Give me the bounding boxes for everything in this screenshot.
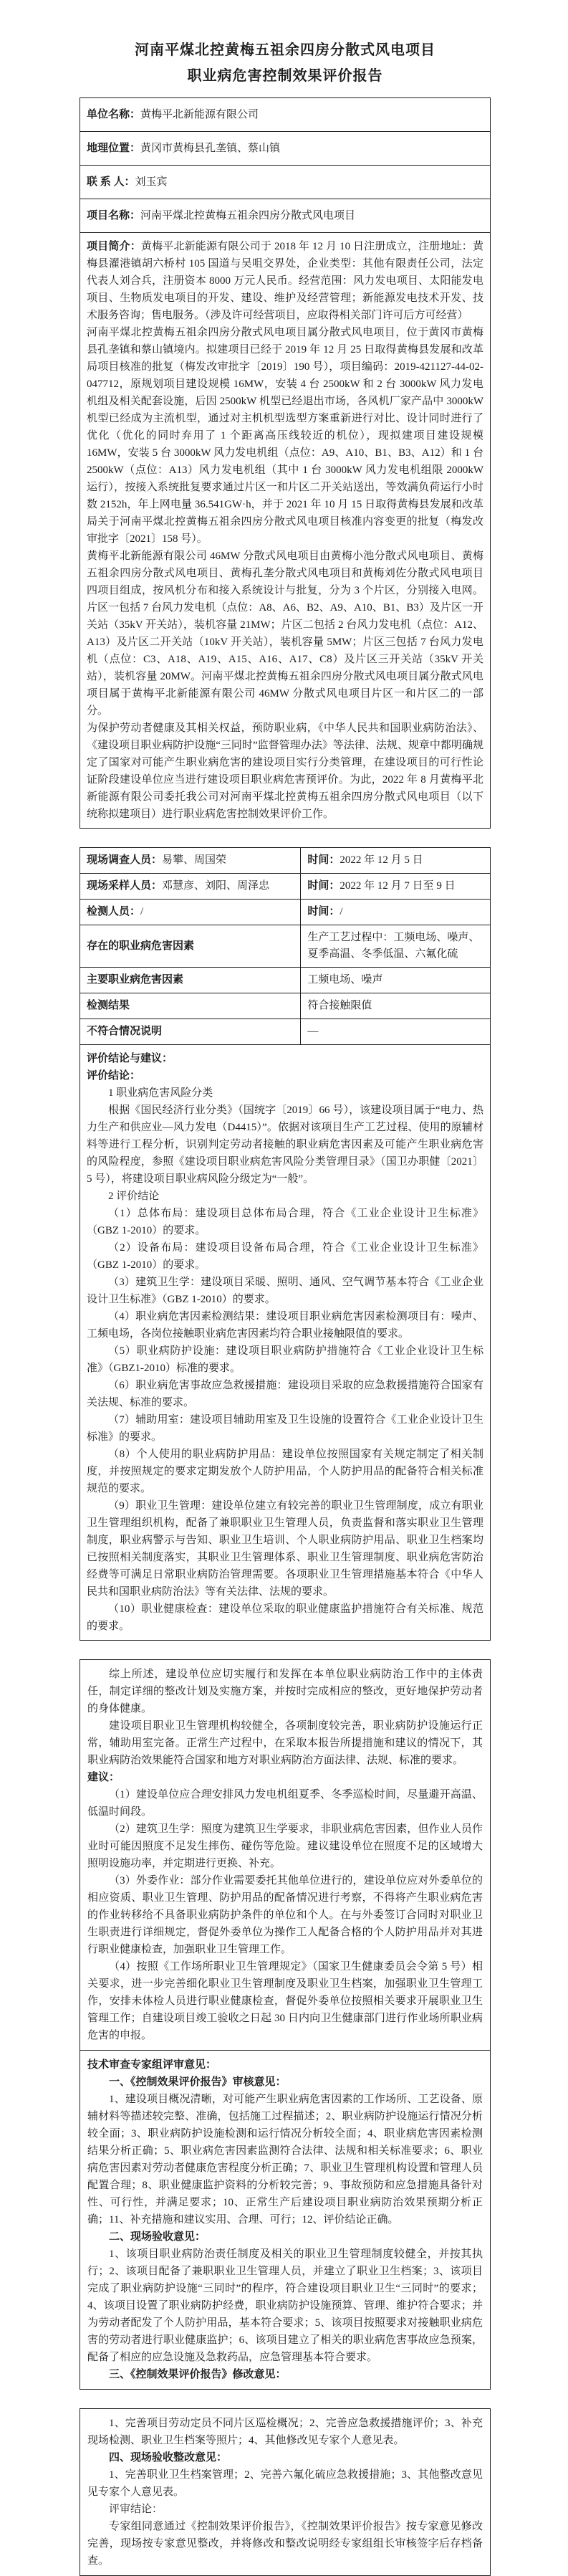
- table-row: 主要职业病危害因素 工频电场、噪声: [80, 968, 491, 993]
- survey-cell: 检测结果: [80, 993, 301, 1019]
- survey-cell: 时间：2022 年 12 月 5 日: [301, 848, 491, 874]
- table-row: 单位名称：黄梅平北新能源有限公司: [80, 98, 491, 132]
- field-label: 时间：: [307, 880, 340, 892]
- field-label: 地理位置：: [87, 143, 140, 154]
- suggestion-item: （4）按照《工作场所职业卫生管理规定》（国家卫生健康委员会令第 5 号）相关要求…: [87, 1958, 483, 2044]
- conclusion-cell: 评价结论与建议： 评价结论： 1 职业病危害风险分类 根据《国民经济行业分类》（…: [80, 1045, 491, 1641]
- conclusion-paragraph: （2）设备布局：建设项目设备布局合理，符合《工业企业设计卫生标准》（GBZ 1-…: [87, 1239, 483, 1274]
- survey-cell: 符合接触限值: [301, 993, 491, 1019]
- expert-review-box: 技术审查专家组评审意见： 一、《控制效果评价报告》审核意见： 1、建设项目概况清…: [80, 2051, 491, 2390]
- intro-paragraph: 河南平煤北控黄梅五祖余四房分散式风电项目属分散式风电项目，位于黄冈市黄梅县孔垄镇…: [87, 324, 483, 548]
- review-section1-text: 1、建设项目概况清晰，对可能产生职业病危害因素的工作场所、工艺设备、原辅材料等描…: [87, 2091, 483, 2228]
- suggestion-item: （2）建筑卫生学：照度为建筑卫生学要求，非职业病危害因素，但作业人员作业时可能因…: [87, 1821, 483, 1872]
- suggestion-item: （3）外委作业：部分作业需要委托其他单位进行的，建设单位应对外委单位的相应资质、…: [87, 1872, 483, 1958]
- survey-cell: 现场采样人员：邓慧彦、刘阳、周泽忠: [80, 874, 301, 900]
- conclusion-paragraph: （8）个人使用的职业病防护用品：建设单位按照国家有关规定制定了相关制度，并按照规…: [87, 1446, 483, 1497]
- table-row: 存在的职业病危害因素 生产工艺过程中：工频电场、噪声、夏季高温、冬季低温、六氟化…: [80, 925, 491, 968]
- survey-cell: 检测人员：/: [80, 900, 301, 925]
- conclusion-paragraph: 1 职业病危害风险分类: [87, 1084, 483, 1102]
- table-row: 现场采样人员：邓慧彦、刘阳、周泽忠 时间：2022 年 12 月 7 日至 9 …: [80, 874, 491, 900]
- survey-table: 现场调查人员：易攀、周国荣 时间：2022 年 12 月 5 日 现场采样人员：…: [80, 847, 491, 1641]
- field-value: 刘玉宾: [135, 176, 168, 188]
- field-value: 生产工艺过程中：工频电场、噪声、夏季高温、冬季低温、六氟化硫: [307, 932, 479, 960]
- field-label: 主要职业病危害因素: [87, 974, 183, 986]
- intro-paragraph: 为保护劳动者健康及其相关权益，预防职业病，《中华人民共和国职业病防治法》、《建设…: [87, 720, 483, 823]
- report-title-line1: 河南平煤北控黄梅五祖余四房分散式风电项目: [80, 37, 491, 63]
- suggestion-item: （1）建设单位应合理安排风力发电机组夏季、冬季巡检时间，尽量避开高温、低温时间段…: [87, 1786, 483, 1821]
- field-label: 现场采样人员：: [87, 880, 162, 892]
- table-row: 不符合情况说明 —: [80, 1019, 491, 1045]
- verdict-text: 专家组同意通过《控制效果评价报告》，《控制效果评价报告》按专家意见修改完善，现场…: [87, 2518, 483, 2570]
- conclusion-paragraph: （1）总体布局：建设项目总体布局合理，符合《工业企业设计卫生标准》（GBZ 1-…: [87, 1205, 483, 1239]
- info-cell: 地理位置：黄冈市黄梅县孔垄镇、蔡山镇: [80, 132, 491, 166]
- table-row: 评价结论与建议： 评价结论： 1 职业病危害风险分类 根据《国民经济行业分类》（…: [80, 1045, 491, 1641]
- review-section2-text: 1、该项目职业病防治责任制度及相关的职业卫生管理制度较健全，并按其执行；2、该项…: [87, 2246, 483, 2366]
- survey-cell: 主要职业病危害因素: [80, 968, 301, 993]
- field-label: 不符合情况说明: [87, 1026, 162, 1037]
- summary-box: 综上所述，建设单位应切实履行和发挥在本单位职业病防治工作中的主体责任，制定详细的…: [80, 1659, 491, 2051]
- field-value: —: [307, 1026, 318, 1037]
- conclusion-heading: 评价结论与建议：: [87, 1050, 483, 1067]
- survey-cell: —: [301, 1019, 491, 1045]
- field-label: 联 系 人：: [87, 176, 135, 188]
- document-page: 河南平煤北控黄梅五祖余四房分散式风电项目 职业病危害控制效果评价报告 单位名称：…: [80, 0, 491, 2576]
- section-spacer: [80, 1641, 491, 1659]
- conclusion-paragraph: （7）辅助用室：建设项目辅助用室及卫生设施的设置符合《工业企业设计卫生标准》的要…: [87, 1411, 483, 1446]
- field-value: 符合接触限值: [307, 1000, 372, 1011]
- project-info-table: 单位名称：黄梅平北新能源有限公司 地理位置：黄冈市黄梅县孔垄镇、蔡山镇 联 系 …: [80, 97, 491, 829]
- field-value: /: [340, 906, 342, 917]
- field-value: 工频电场、噪声: [307, 974, 382, 986]
- suggestions-heading: 建议：: [87, 1769, 483, 1786]
- conclusion-paragraph: 2 评价结论: [87, 1188, 483, 1205]
- field-value: 2022 年 12 月 5 日: [340, 854, 423, 866]
- conclusion-paragraph: （4）职业病危害因素检测结果：建设项目职业病危害因素检测项目有：噪声、工频电场，…: [87, 1308, 483, 1342]
- table-row: 联 系 人：刘玉宾: [80, 166, 491, 199]
- info-cell: 项目名称：河南平煤北控黄梅五祖余四房分散式风电项目: [80, 199, 491, 233]
- conclusion-paragraph: （9）职业卫生管理：建设单位建立有较完善的职业卫生管理制度，成立有职业卫生管理组…: [87, 1497, 483, 1601]
- field-value: 黄冈市黄梅县孔垄镇、蔡山镇: [140, 143, 280, 154]
- field-value: /: [140, 906, 143, 917]
- table-row: 检测结果 符合接触限值: [80, 993, 491, 1019]
- conclusion-paragraph: （6）职业病危害事故应急救援措施：建设项目采取的应急救援措施符合国家有关法规、标…: [87, 1377, 483, 1411]
- conclusion-paragraph: 根据《国民经济行业分类》（国统字〔2019〕66 号），该建设项目属于“电力、热…: [87, 1102, 483, 1188]
- field-label: 时间：: [307, 906, 340, 917]
- info-cell: 联 系 人：刘玉宾: [80, 166, 491, 199]
- expert-review-heading: 技术审查专家组评审意见：: [87, 2056, 483, 2074]
- field-value: 河南平煤北控黄梅五祖余四房分散式风电项目: [140, 210, 355, 221]
- intro-paragraph: 项目简介：黄梅平北新能源有限公司于 2018 年 12 月 10 日注册成立，注…: [87, 238, 483, 324]
- summary-paragraph: 建设项目职业卫生管理机构较健全，各项制度较完善，职业病防护设施运行正常，辅助用室…: [87, 1717, 483, 1769]
- table-row: 地理位置：黄冈市黄梅县孔垄镇、蔡山镇: [80, 132, 491, 166]
- conclusion-paragraph: （3）建筑卫生学：建设项目采暖、照明、通风、空气调节基本符合《工业企业设计卫生标…: [87, 1274, 483, 1308]
- table-row: 检测人员：/ 时间：/: [80, 900, 491, 925]
- info-cell: 单位名称：黄梅平北新能源有限公司: [80, 98, 491, 132]
- project-intro-cell: 项目简介：黄梅平北新能源有限公司于 2018 年 12 月 10 日注册成立，注…: [80, 233, 491, 829]
- conclusion-paragraph: （10）职业健康检查：建设单位采取的职业健康监护措施符合有关标准、规范的要求。: [87, 1601, 483, 1635]
- review-section4-title: 四、现场验收整改意见：: [87, 2449, 483, 2466]
- intro-text: 黄梅平北新能源有限公司于 2018 年 12 月 10 日注册成立，注册地址：黄…: [87, 241, 483, 321]
- field-value: 黄梅平北新能源有限公司: [140, 109, 259, 120]
- field-value: 邓慧彦、刘阳、周泽忠: [162, 880, 269, 892]
- survey-cell: 存在的职业病危害因素: [80, 925, 301, 968]
- field-label: 项目简介：: [87, 241, 141, 252]
- table-row: 项目简介：黄梅平北新能源有限公司于 2018 年 12 月 10 日注册成立，注…: [80, 233, 491, 829]
- title-spacer: [80, 89, 491, 97]
- conclusion-paragraph: （5）职业病防护设施：建设项目职业病防护措施符合《工业企业设计卫生标准》（GBZ…: [87, 1342, 483, 1377]
- survey-cell: 时间：2022 年 12 月 7 日至 9 日: [301, 874, 491, 900]
- report-title-line2: 职业病危害控制效果评价报告: [80, 63, 491, 89]
- revision-text: 1、完善项目劳动定员不同片区巡检概况；2、完善应急救援措施评价；3、补充现场检测…: [87, 2415, 483, 2449]
- field-value: 易攀、周国荣: [162, 854, 226, 866]
- survey-cell: 不符合情况说明: [80, 1019, 301, 1045]
- survey-cell: 时间：/: [301, 900, 491, 925]
- rectification-text: 1、完善职业卫生档案管理；2、完善六氟化硫应急救援措施；3、其他整改意见见专家个…: [87, 2466, 483, 2501]
- intro-paragraph: 黄梅平北新能源有限公司 46MW 分散式风电项目由黄梅小池分散式风电项目、黄梅五…: [87, 548, 483, 720]
- verdict-label: 评审结论：: [87, 2501, 483, 2518]
- field-label: 项目名称：: [87, 210, 140, 221]
- conclusion-subheading: 评价结论：: [87, 1067, 483, 1084]
- field-label: 现场调查人员：: [87, 854, 162, 866]
- field-label: 检测人员：: [87, 906, 140, 917]
- field-label: 时间：: [307, 854, 340, 866]
- field-value: 2022 年 12 月 7 日至 9 日: [340, 880, 455, 892]
- field-label: 单位名称：: [87, 109, 140, 120]
- field-label: 检测结果: [87, 1000, 130, 1011]
- summary-paragraph: 综上所述，建设单位应切实履行和发挥在本单位职业病防治工作中的主体责任，制定详细的…: [87, 1666, 483, 1717]
- survey-cell: 现场调查人员：易攀、周国荣: [80, 848, 301, 874]
- review-section2-title: 二、现场验收意见：: [87, 2228, 483, 2246]
- revision-box: 1、完善项目劳动定员不同片区巡检概况；2、完善应急救援措施评价；3、补充现场检测…: [80, 2408, 491, 2576]
- section-spacer: [80, 2390, 491, 2408]
- survey-cell: 工频电场、噪声: [301, 968, 491, 993]
- table-row: 现场调查人员：易攀、周国荣 时间：2022 年 12 月 5 日: [80, 848, 491, 874]
- field-label: 存在的职业病危害因素: [87, 940, 194, 952]
- survey-cell: 生产工艺过程中：工频电场、噪声、夏季高温、冬季低温、六氟化硫: [301, 925, 491, 968]
- review-section3-title: 三、《控制效果评价报告》修改意见：: [87, 2366, 483, 2383]
- review-section1-title: 一、《控制效果评价报告》审核意见：: [87, 2074, 483, 2091]
- table-row: 项目名称：河南平煤北控黄梅五祖余四房分散式风电项目: [80, 199, 491, 233]
